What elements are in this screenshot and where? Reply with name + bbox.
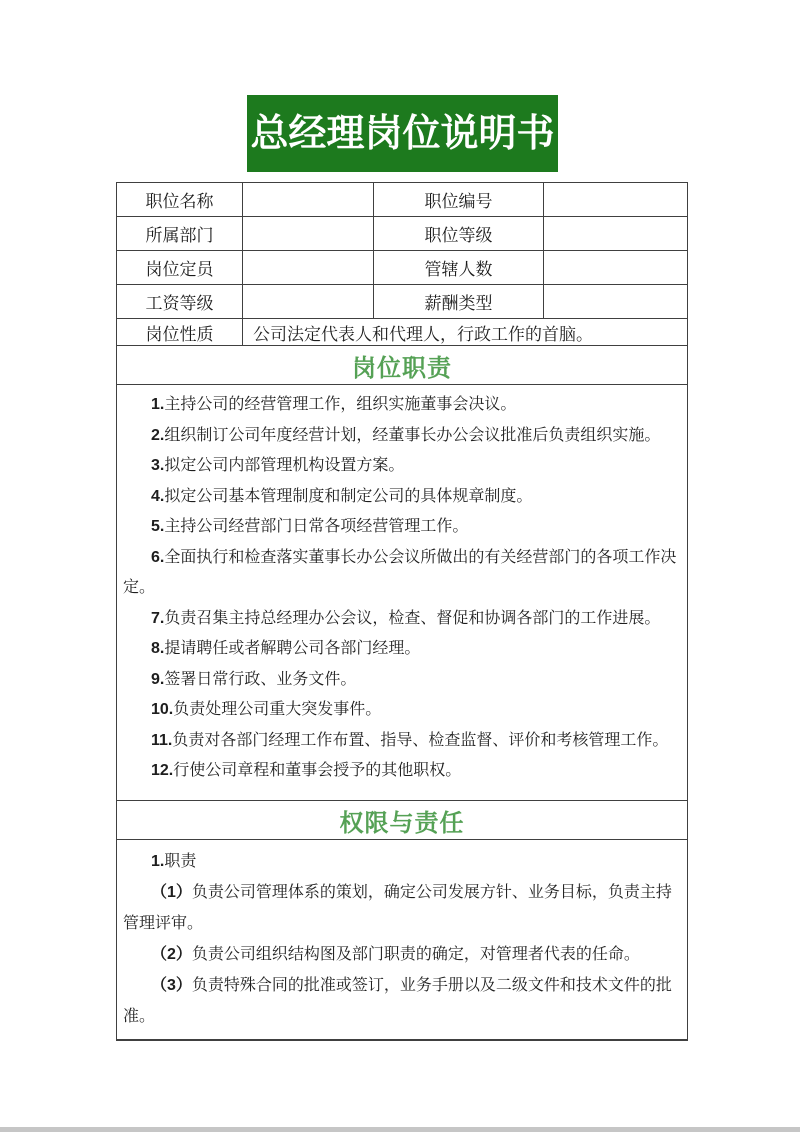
duty-number: 11. — [151, 732, 172, 749]
authority-text: 职责 — [164, 853, 196, 870]
duty-text: 全面执行和检查落实董事长办公会议所做出的有关经营部门的各项工作决定。 — [123, 549, 676, 597]
duty-text: 签署日常行政、业务文件。 — [164, 671, 356, 688]
section-header-authority: 权限与责任 — [117, 801, 688, 840]
job-description-table: 职位名称 职位编号 所属部门 职位等级 岗位定员 管辖人数 工资等级 薪酬类型 — [116, 182, 688, 1041]
duty-item: 5.主持公司经营部门日常各项经营管理工作。 — [123, 512, 685, 543]
duty-text: 负责处理公司重大突发事件。 — [173, 701, 381, 718]
authority-text: 负责特殊合同的批准或签订，业务手册以及二级文件和技术文件的批准。 — [123, 977, 672, 1025]
info-row: 职位名称 职位编号 — [117, 183, 688, 217]
duty-item: 9.签署日常行政、业务文件。 — [123, 665, 685, 696]
duty-text: 行使公司章程和董事会授予的其他职权。 — [173, 762, 461, 779]
duty-number: 3. — [151, 457, 164, 474]
position-name-label: 职位名称 — [117, 183, 243, 217]
salary-grade-value — [243, 285, 374, 319]
document-title: 总经理岗位说明书 — [250, 115, 554, 153]
position-nature-row: 岗位性质 公司法定代表人和代理人，行政工作的首脑。 — [117, 319, 688, 346]
duties-row: 1.主持公司的经营管理工作，组织实施董事会决议。 2.组织制订公司年度经营计划，… — [117, 385, 688, 801]
authority-item: 1.职责 — [123, 846, 685, 877]
info-row: 岗位定员 管辖人数 — [117, 251, 688, 285]
authority-number: （3） — [151, 977, 192, 994]
info-row: 工资等级 薪酬类型 — [117, 285, 688, 319]
authority-item: （2）负责公司组织结构图及部门职责的确定，对管理者代表的任命。 — [123, 939, 685, 970]
authority-text: 负责公司管理体系的策划，确定公司发展方针、业务目标，负责主持管理评审。 — [123, 884, 672, 932]
duties-content: 1.主持公司的经营管理工作，组织实施董事会决议。 2.组织制订公司年度经营计划，… — [117, 385, 688, 801]
position-grade-value — [544, 217, 688, 251]
duty-number: 4. — [151, 488, 164, 505]
duty-text: 主持公司经营部门日常各项经营管理工作。 — [164, 518, 468, 535]
duty-item: 10.负责处理公司重大突发事件。 — [123, 695, 685, 726]
duty-text: 负责召集主持总经理办公会议，检查、督促和协调各部门的工作进展。 — [164, 610, 660, 627]
info-row: 所属部门 职位等级 — [117, 217, 688, 251]
position-nature-value: 公司法定代表人和代理人，行政工作的首脑。 — [243, 319, 688, 346]
duty-item: 7.负责召集主持总经理办公会议，检查、督促和协调各部门的工作进展。 — [123, 604, 685, 635]
authority-content: 1.职责 （1）负责公司管理体系的策划，确定公司发展方针、业务目标，负责主持管理… — [117, 840, 688, 1041]
authority-row: 1.职责 （1）负责公司管理体系的策划，确定公司发展方针、业务目标，负责主持管理… — [117, 840, 688, 1041]
duties-header-row: 岗位职责 — [117, 346, 688, 385]
position-name-value — [243, 183, 374, 217]
pay-type-label: 薪酬类型 — [374, 285, 544, 319]
duty-number: 6. — [151, 549, 164, 566]
duty-number: 2. — [151, 427, 164, 444]
duty-text: 负责对各部门经理工作布置、指导、检查监督、评价和考核管理工作。 — [172, 732, 668, 749]
duty-item: 4.拟定公司基本管理制度和制定公司的具体规章制度。 — [123, 482, 685, 513]
authority-header-row: 权限与责任 — [117, 801, 688, 840]
duty-item: 8.提请聘任或者解聘公司各部门经理。 — [123, 634, 685, 665]
duty-number: 7. — [151, 610, 164, 627]
duty-number: 8. — [151, 640, 164, 657]
duty-text: 拟定公司内部管理机构设置方案。 — [164, 457, 404, 474]
duty-item: 6.全面执行和检查落实董事长办公会议所做出的有关经营部门的各项工作决定。 — [123, 543, 685, 604]
duty-text: 主持公司的经营管理工作，组织实施董事会决议。 — [164, 396, 516, 413]
department-label: 所属部门 — [117, 217, 243, 251]
authority-item: （3）负责特殊合同的批准或签订，业务手册以及二级文件和技术文件的批准。 — [123, 970, 685, 1032]
subordinate-count-label: 管辖人数 — [374, 251, 544, 285]
staffing-label: 岗位定员 — [117, 251, 243, 285]
duty-text: 拟定公司基本管理制度和制定公司的具体规章制度。 — [164, 488, 532, 505]
position-nature-label: 岗位性质 — [117, 319, 243, 346]
duty-number: 5. — [151, 518, 164, 535]
page-bottom-edge — [0, 1127, 800, 1132]
position-code-label: 职位编号 — [374, 183, 544, 217]
duty-text: 提请聘任或者解聘公司各部门经理。 — [164, 640, 420, 657]
authority-text: 负责公司组织结构图及部门职责的确定，对管理者代表的任命。 — [192, 946, 640, 963]
duty-number: 9. — [151, 671, 164, 688]
department-value — [243, 217, 374, 251]
authority-number: （1） — [151, 884, 192, 901]
duty-text: 组织制订公司年度经营计划，经董事长办公会议批准后负责组织实施。 — [164, 427, 660, 444]
duty-item: 3.拟定公司内部管理机构设置方案。 — [123, 451, 685, 482]
staffing-value — [243, 251, 374, 285]
duty-item: 1.主持公司的经营管理工作，组织实施董事会决议。 — [123, 390, 685, 421]
salary-grade-label: 工资等级 — [117, 285, 243, 319]
authority-number: 1. — [151, 853, 164, 870]
pay-type-value — [544, 285, 688, 319]
position-code-value — [544, 183, 688, 217]
document-page: 总经理岗位说明书 职位名称 职位编号 所属部门 职位等级 岗位定员 管辖人数 — [0, 0, 800, 1132]
duty-item: 2.组织制订公司年度经营计划，经董事长办公会议批准后负责组织实施。 — [123, 421, 685, 452]
duty-number: 1. — [151, 396, 164, 413]
authority-item: （1）负责公司管理体系的策划，确定公司发展方针、业务目标，负责主持管理评审。 — [123, 877, 685, 939]
duty-number: 12. — [151, 762, 173, 779]
section-header-duties: 岗位职责 — [117, 346, 688, 385]
duty-item: 12.行使公司章程和董事会授予的其他职权。 — [123, 756, 685, 787]
authority-number: （2） — [151, 946, 192, 963]
duty-item: 11.负责对各部门经理工作布置、指导、检查监督、评价和考核管理工作。 — [123, 726, 685, 757]
position-grade-label: 职位等级 — [374, 217, 544, 251]
duty-number: 10. — [151, 701, 173, 718]
document-title-banner: 总经理岗位说明书 — [247, 95, 558, 172]
subordinate-count-value — [544, 251, 688, 285]
